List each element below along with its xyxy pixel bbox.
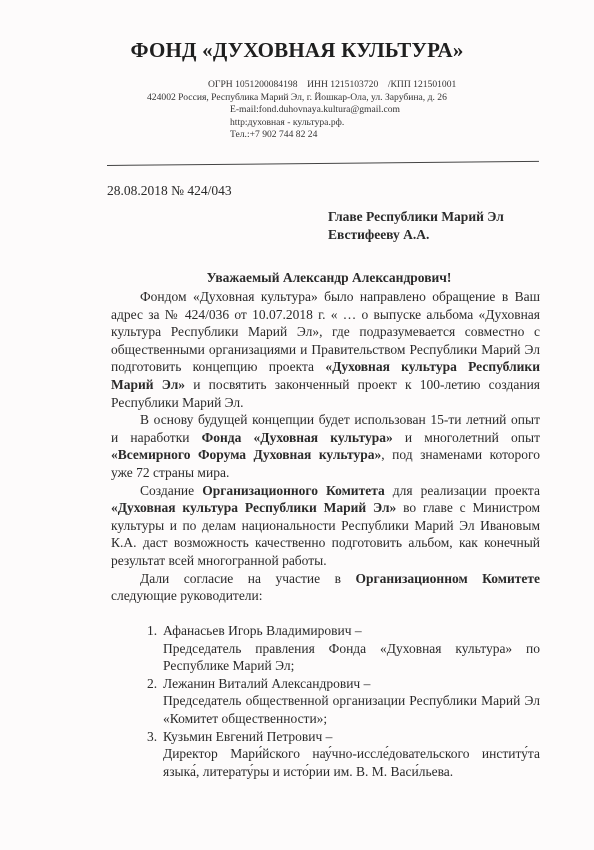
text: для реализации проекта xyxy=(385,483,540,498)
text: следующие руководители: xyxy=(111,588,263,603)
letterhead-address: 424002 Россия, Республика Марий Эл, г. Й… xyxy=(147,92,447,103)
greeting: Уважаемый Александр Александрович! xyxy=(0,270,594,286)
list-number: 3. xyxy=(147,728,157,746)
letterhead-email: E-mail:fond.duhovnaya.kultura@gmail.com xyxy=(230,104,400,115)
letterhead-registration-ids: ОГРН 1051200084198 ИНН 1215103720 /КПП 1… xyxy=(208,79,456,90)
text: Дали согласие на участие в xyxy=(140,571,356,586)
paragraph-4: Дали согласие на участие в Организационн… xyxy=(111,570,540,605)
member-role: Председатель правления Фонда «Духовная к… xyxy=(163,640,540,675)
letterhead-title: ФОНД «ДУХОВНАЯ КУЛЬТУРА» xyxy=(0,38,594,63)
list-item: 2. Лежанин Виталий Александрович – Предс… xyxy=(111,675,540,728)
project-name-bold: «Духовная культура Республики Марий Эл» xyxy=(111,500,396,515)
forum-name-bold: «Всемирного Форума Духовная культура» xyxy=(111,447,381,462)
member-name: Афанасьев Игорь Владимирович – xyxy=(163,623,362,638)
letterhead-website: http:духовная - культура.рф. xyxy=(230,117,344,128)
member-name: Лежанин Виталий Александрович – xyxy=(163,676,370,691)
text: и многолетний опыт xyxy=(393,430,540,445)
committee-bold: Организационном Комитете xyxy=(356,571,541,586)
committee-members-list: 1. Афанасьев Игорь Владимирович – Предсе… xyxy=(111,622,540,780)
list-item: 1. Афанасьев Игорь Владимирович – Предсе… xyxy=(111,622,540,675)
letterhead-phone: Тел.:+7 902 744 82 24 xyxy=(230,129,317,140)
addressee-name: Евстифееву А.А. xyxy=(328,226,504,244)
text: Создание xyxy=(140,483,202,498)
member-role: Директор Мари́йского нау́чно-иссле́доват… xyxy=(163,745,540,780)
addressee-position: Главе Республики Марий Эл xyxy=(328,208,504,226)
fund-name-bold: Фонда «Духовная культура» xyxy=(202,430,393,445)
paragraph-1: Фондом «Духовная культура» было направле… xyxy=(111,288,540,411)
addressee-block: Главе Республики Марий Эл Евстифееву А.А… xyxy=(328,208,504,243)
paragraph-2: В основу будущей концепции будет использ… xyxy=(111,411,540,481)
member-name: Кузьмин Евгений Петрович – xyxy=(163,729,332,744)
member-role: Председатель общественной организации Ре… xyxy=(163,692,540,727)
outgoing-number: 28.08.2018 № 424/043 xyxy=(107,183,232,199)
letterhead-divider xyxy=(107,161,539,166)
committee-bold: Организационного Комитета xyxy=(202,483,385,498)
letter-body: Фондом «Духовная культура» было направле… xyxy=(111,288,540,605)
list-item: 3. Кузьмин Евгений Петрович – Директор М… xyxy=(111,728,540,781)
list-number: 2. xyxy=(147,675,157,693)
list-number: 1. xyxy=(147,622,157,640)
paragraph-3: Создание Организационного Комитета для р… xyxy=(111,482,540,570)
